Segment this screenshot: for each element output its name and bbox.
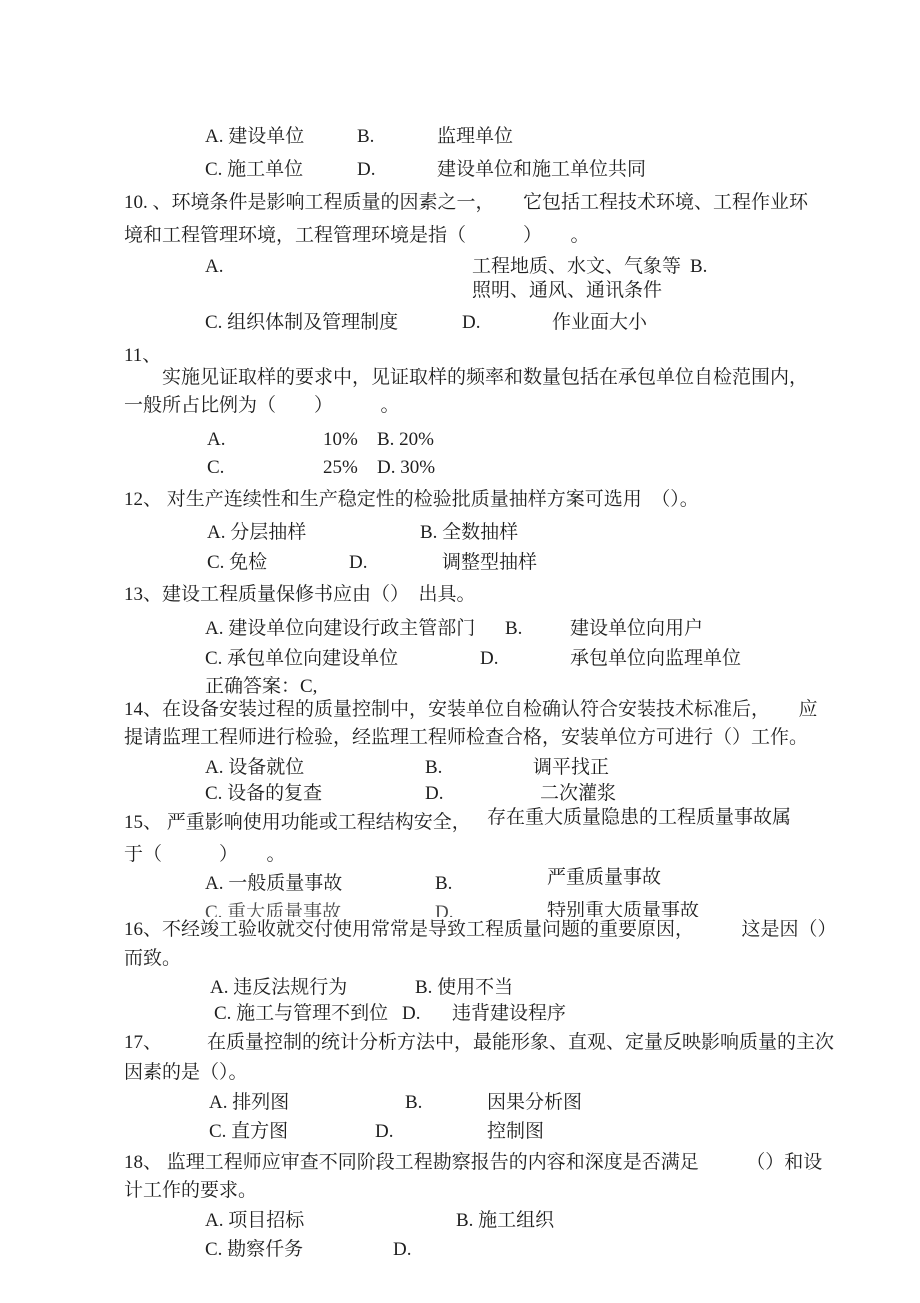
q10-option-row-ab: A. 工程地质、水文、气象等 B. <box>0 255 920 282</box>
q12-option-d-label: D. <box>349 551 367 575</box>
q12-option-d-text: 调整型抽样 <box>442 551 537 575</box>
q14-option-d-label: D. <box>425 782 443 806</box>
q15-stem-text-1a: 15、 严重影响使用功能或工程结构安全， <box>124 811 471 835</box>
q14-stem-line-2: 提请监理工程师进行检验，经监理工程师检查合格，安装单位方可进行（）工作。 <box>0 726 920 753</box>
q15-option-row-ab: A. 一般质量事故 B. 严重质量事故 <box>0 872 920 899</box>
q17-number: 17、 <box>124 1031 162 1055</box>
q12-option-row-ab: A. 分层抽样 B. 全数抽样 <box>0 521 920 548</box>
q9-option-a: A. 建设单位 <box>205 125 304 149</box>
q18-stem-line-2: 计工作的要求。 <box>0 1179 920 1206</box>
q10-option-b-label: B. <box>690 255 707 279</box>
q16-option-row-ab: A. 违反法规行为 B. 使用不当 <box>0 976 920 1003</box>
q13-answer: 正确答案：C, <box>205 675 317 699</box>
q15-option-row-cd-clipped: C. 重大质量事故 D. 特别重大质量事故 <box>0 901 920 917</box>
q18-option-row-ab: A. 项目招标 B. 施工组织 <box>0 1209 920 1236</box>
q16-option-a: A. 违反法规行为 <box>210 976 347 1000</box>
q15-stem-line-1: 15、 严重影响使用功能或工程结构安全， 存在重大质量隐患的工程质量事故属 <box>0 811 920 838</box>
q11-stem-text-1: 实施见证取样的要求中，见证取样的频率和数量包括在承包单位自检范围内， <box>162 366 808 390</box>
q10-stem-text-2: 境和工程管理环境，工程管理环境是指（ ） 。 <box>124 224 590 248</box>
q15-option-b-text: 严重质量事故 <box>547 866 661 890</box>
q18-option-a: A. 项目招标 <box>205 1209 304 1233</box>
q11-option-row-cd: C. 25% D. 30% <box>0 456 920 483</box>
q12-option-c: C. 免检 <box>207 551 267 575</box>
q13-option-d-text: 承包单位向监理单位 <box>570 647 741 671</box>
q15-option-d-text: 特别重大质量事故 <box>547 901 699 917</box>
q16-stem-line-1: 16、不经竣工验收就交付使用常常是导致工程质量问题的重要原因， 这是因（） <box>0 918 920 945</box>
q17-stem-text-2: 因素的是（）。 <box>124 1061 248 1085</box>
q15-option-d-label: D. <box>435 901 453 917</box>
q16-stem-line-2: 而致。 <box>0 947 920 974</box>
q10-option-b-text-2: 照明、通风、通讯条件 <box>472 279 662 303</box>
q9-option-row-cd: C. 施工单位 D. 建设单位和施工单位共同 <box>0 158 920 185</box>
q9-option-c: C. 施工单位 <box>205 158 303 182</box>
q14-option-d-text: 二次灌浆 <box>540 782 616 806</box>
q11-stem-text-2: 一般所占比例为（ ） 。 <box>124 394 400 418</box>
q16-option-b: B. 使用不当 <box>415 976 513 1000</box>
q12-option-b: B. 全数抽样 <box>420 521 518 545</box>
q10-option-c: C. 组织体制及管理制度 <box>205 311 398 335</box>
q16-stem-text-2: 而致。 <box>124 947 181 971</box>
q11-option-b: B. 20% <box>377 428 434 452</box>
q14-option-row-ab: A. 设备就位 B. 调平找正 <box>0 756 920 783</box>
q17-option-b-label: B. <box>405 1091 422 1115</box>
q14-option-a: A. 设备就位 <box>205 756 304 780</box>
q14-option-c: C. 设备的复查 <box>205 782 322 806</box>
q18-stem-line-1: 18、 监理工程师应审查不同阶段工程勘察报告的内容和深度是否满足 （）和设 <box>0 1151 920 1178</box>
q9-option-b-text: 监理单位 <box>437 125 513 149</box>
q13-option-b-label: B. <box>505 617 522 641</box>
q13-option-b-text: 建设单位向用户 <box>570 617 703 641</box>
q12-stem-text: 12、 对生产连续性和生产稳定性的检验批质量抽样方案可选用 （）。 <box>124 488 699 512</box>
q10-option-a-label: A. <box>205 255 223 279</box>
q9-option-row-ab: A. 建设单位 B. 监理单位 <box>0 125 920 152</box>
q14-stem-text-1: 14、在设备安装过程的质量控制中，安装单位自检确认符合安装技术标准后， 应 <box>124 698 818 722</box>
q10-option-b-row-2: 照明、通风、通讯条件 <box>0 279 920 306</box>
q14-stem-text-2: 提请监理工程师进行检验，经监理工程师检查合格，安装单位方可进行（）工作。 <box>124 726 808 750</box>
q16-stem-text-1: 16、不经竣工验收就交付使用常常是导致工程质量问题的重要原因， 这是因（） <box>124 918 837 942</box>
q17-option-row-ab: A. 排列图 B. 因果分析图 <box>0 1091 920 1118</box>
q11-option-c-label: C. <box>207 456 224 480</box>
q13-option-row-ab: A. 建设单位向建设行政主管部门 B. 建设单位向用户 <box>0 617 920 644</box>
q15-option-c: C. 重大质量事故 <box>205 901 341 917</box>
q10-option-d-label: D. <box>462 311 480 335</box>
q11-option-a-value: 10% <box>323 428 358 452</box>
q11-stem-line-2: 一般所占比例为（ ） 。 <box>0 394 920 421</box>
q11-option-row-ab: A. 10% B. 20% <box>0 428 920 455</box>
q17-option-c: C. 直方图 <box>209 1120 288 1144</box>
q17-option-d-text: 控制图 <box>487 1120 544 1144</box>
q10-stem-line-2: 境和工程管理环境，工程管理环境是指（ ） 。 <box>0 224 920 251</box>
q9-option-d-text: 建设单位和施工单位共同 <box>437 158 646 182</box>
q13-option-a: A. 建设单位向建设行政主管部门 <box>205 617 475 641</box>
q11-stem-line-1: 实施见证取样的要求中，见证取样的频率和数量包括在承包单位自检范围内， <box>0 366 920 393</box>
q13-option-row-cd: C. 承包单位向建设单位 D. 承包单位向监理单位 <box>0 647 920 674</box>
q17-option-b-text: 因果分析图 <box>487 1091 582 1115</box>
q17-option-d-label: D. <box>375 1120 393 1144</box>
q15-stem-line-2: 于（ ） 。 <box>0 843 920 870</box>
q18-option-d-label: D. <box>393 1238 411 1262</box>
q18-option-b: B. 施工组织 <box>456 1209 554 1233</box>
q17-option-a: A. 排列图 <box>209 1091 289 1115</box>
q18-stem-text-2: 计工作的要求。 <box>124 1179 257 1203</box>
q11-number: 11、 <box>124 344 161 368</box>
q12-option-a: A. 分层抽样 <box>207 521 306 545</box>
q13-option-c: C. 承包单位向建设单位 <box>205 647 398 671</box>
q13-stem-text: 13、建设工程质量保修书应由（） 出具。 <box>124 583 476 607</box>
q17-stem-line-2: 因素的是（）。 <box>0 1061 920 1088</box>
q16-option-d-text: 违背建设程序 <box>452 1002 566 1026</box>
q16-option-row-cd: C. 施工与管理不到位 D. 违背建设程序 <box>0 1002 920 1029</box>
q12-stem-line: 12、 对生产连续性和生产稳定性的检验批质量抽样方案可选用 （）。 <box>0 488 920 515</box>
q10-option-row-cd: C. 组织体制及管理制度 D. 作业面大小 <box>0 311 920 338</box>
q16-option-d-label: D. <box>402 1002 420 1026</box>
q14-stem-line-1: 14、在设备安装过程的质量控制中，安装单位自检确认符合安装技术标准后， 应 <box>0 698 920 725</box>
q17-stem-line-1: 17、 在质量控制的统计分析方法中，最能形象、直观、定量反映影响质量的主次 <box>0 1031 920 1058</box>
q12-option-row-cd: C. 免检 D. 调整型抽样 <box>0 551 920 578</box>
q14-option-row-cd: C. 设备的复查 D. 二次灌浆 <box>0 782 920 809</box>
q9-option-b-label: B. <box>357 125 374 149</box>
q9-option-d-label: D. <box>357 158 375 182</box>
q18-stem-text-1: 18、 监理工程师应审查不同阶段工程勘察报告的内容和深度是否满足 （）和设 <box>124 1151 822 1175</box>
q14-option-b-text: 调平找正 <box>533 756 609 780</box>
q10-stem-line-1: 10. 、环境条件是影响工程质量的因素之一， 它包括工程技术环境、工程作业环 <box>0 191 920 218</box>
q14-option-b-label: B. <box>425 756 442 780</box>
q10-option-d-text: 作业面大小 <box>552 311 647 335</box>
q18-option-c: C. 勘察仟务 <box>205 1238 303 1262</box>
q13-stem-line: 13、建设工程质量保修书应由（） 出具。 <box>0 583 920 610</box>
q11-option-c-value: 25% <box>323 456 358 480</box>
q18-option-row-cd: C. 勘察仟务 D. <box>0 1238 920 1265</box>
q15-option-a: A. 一般质量事故 <box>205 872 342 896</box>
q16-option-c: C. 施工与管理不到位 <box>214 1002 388 1026</box>
q11-option-d: D. 30% <box>377 456 435 480</box>
q15-stem-text-1b: 存在重大质量隐患的工程质量事故属 <box>487 806 791 830</box>
q17-stem-text-1: 在质量控制的统计分析方法中，最能形象、直观、定量反映影响质量的主次 <box>207 1031 834 1055</box>
q10-option-b-text-1: 工程地质、水文、气象等 <box>472 255 681 279</box>
q11-option-a-label: A. <box>207 428 225 452</box>
document-page: A. 建设单位 B. 监理单位 C. 施工单位 D. 建设单位和施工单位共同 1… <box>0 0 920 1303</box>
q10-stem-text-1: 10. 、环境条件是影响工程质量的因素之一， 它包括工程技术环境、工程作业环 <box>124 191 808 215</box>
q15-option-b-label: B. <box>435 872 452 896</box>
q15-stem-text-2: 于（ ） 。 <box>124 843 286 867</box>
q17-option-row-cd: C. 直方图 D. 控制图 <box>0 1120 920 1147</box>
q13-option-d-label: D. <box>480 647 498 671</box>
